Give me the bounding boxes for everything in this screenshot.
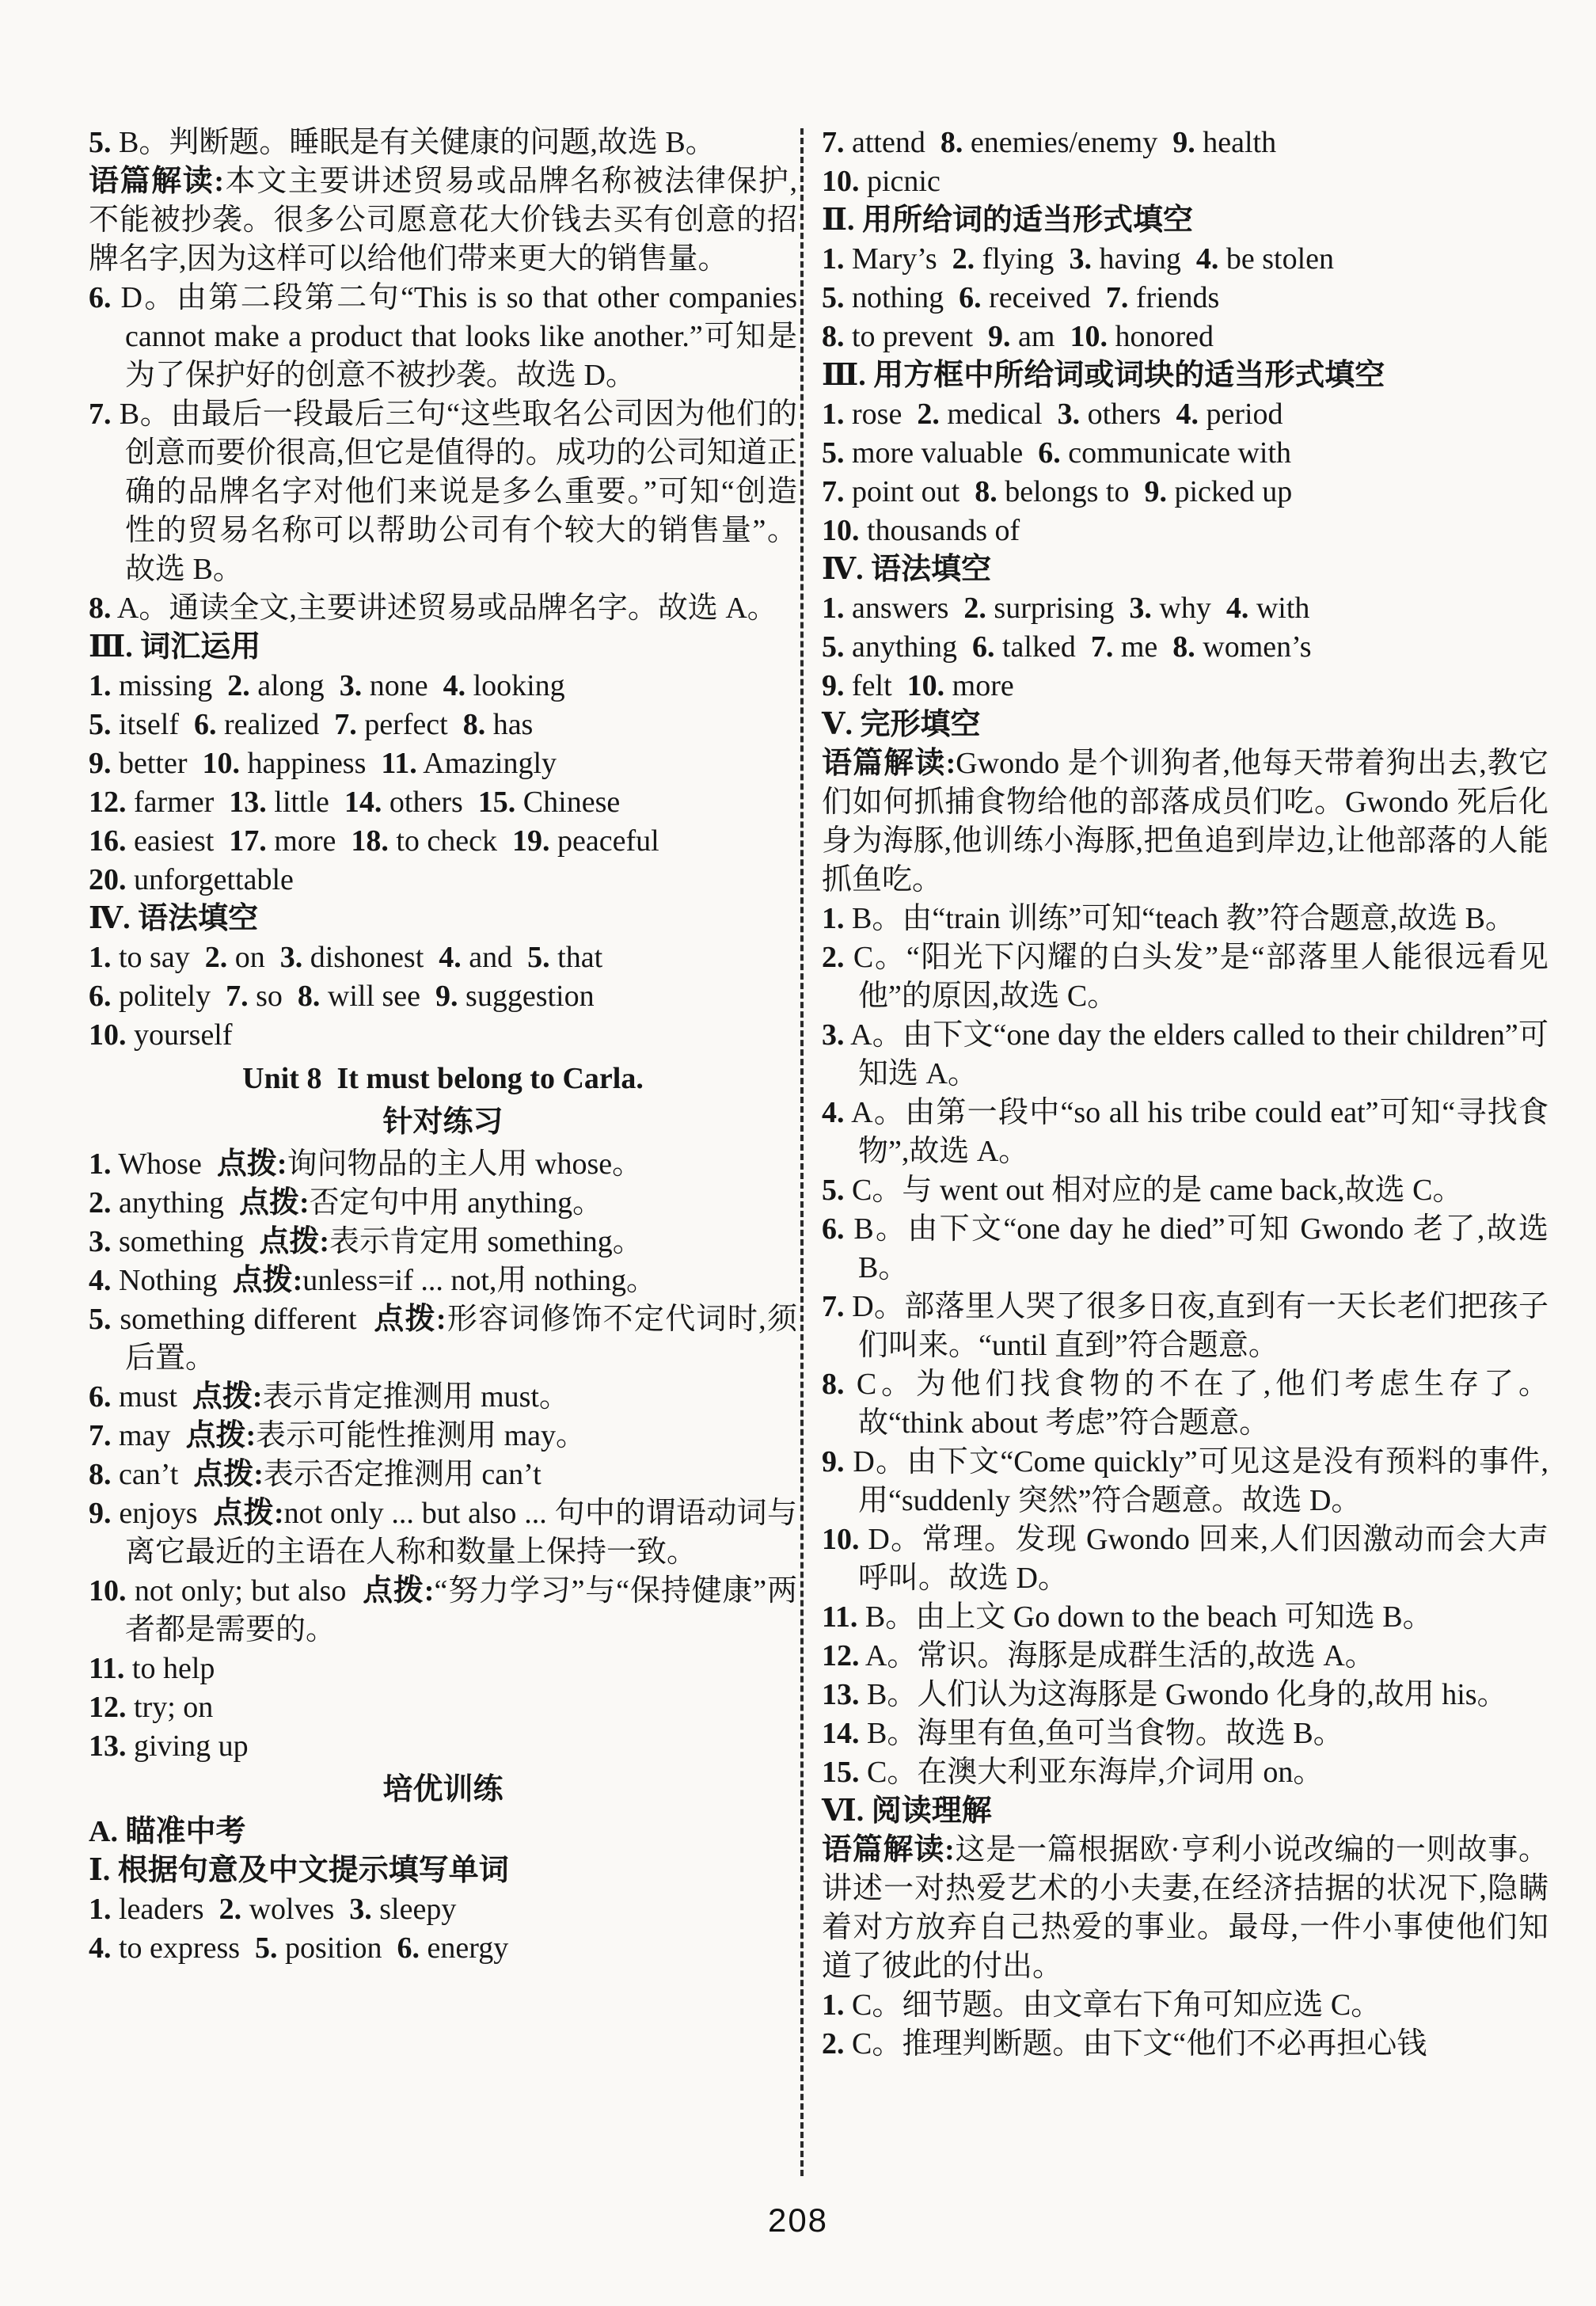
text-segment: Mary’s: [845, 242, 952, 276]
bold-text-segment: 11.: [89, 1652, 124, 1685]
text-segment: C。细节题。由文章右下角可知应选 C。: [845, 1988, 1381, 2022]
bold-text-segment: 13.: [229, 786, 267, 819]
section-heading: Ⅰ. 根据句意及中文提示填写单词: [89, 1851, 797, 1890]
text-segment: sleepy: [372, 1893, 457, 1926]
text-segment: thousands of: [860, 514, 1020, 547]
answer-item: 1. C。细节题。由文章右下角可知应选 C。: [822, 1986, 1548, 2025]
text-segment: more: [944, 669, 1014, 702]
bold-text-segment: 9.: [89, 1497, 112, 1530]
bold-text-segment: 8.: [1172, 630, 1195, 664]
text-segment: Nothing: [112, 1264, 233, 1297]
text-segment: B。由下文“one day he died”可知 Gwondo 老了,故选 B。: [845, 1212, 1549, 1284]
bold-text-segment: Ⅵ. 阅读理解: [822, 1794, 992, 1828]
answer-line: 9. better 10. happiness 11. Amazingly: [89, 744, 797, 783]
bold-text-segment: 2.: [822, 941, 845, 974]
text-segment: energy: [420, 1931, 508, 1965]
bold-text-segment: 2.: [89, 1186, 112, 1220]
text-segment: others: [1080, 398, 1176, 431]
answer-item: 6. must 点拨:表示肯定推测用 must。: [89, 1378, 797, 1417]
section-heading: Ⅱ. 用所给词的适当形式填空: [822, 201, 1548, 240]
answer-line: 5. nothing 6. received 7. friends: [822, 279, 1548, 318]
text-segment: picked up: [1167, 475, 1292, 508]
bold-text-segment: 7.: [89, 398, 112, 431]
section-heading: Ⅵ. 阅读理解: [822, 1792, 1548, 1831]
bold-text-segment: 7.: [822, 1290, 845, 1323]
text-segment: to say: [112, 941, 205, 974]
answer-item: 12. A。常识。海豚是成群生活的,故选 A。: [822, 1637, 1548, 1676]
bold-text-segment: 5.: [822, 436, 845, 470]
text-segment: honored: [1108, 320, 1214, 353]
text-segment: A。通读全文,主要讲述贸易或品牌名字。故选 A。: [112, 592, 777, 625]
text-segment: women’s: [1195, 630, 1312, 664]
text-segment: Amazingly: [417, 747, 557, 780]
bold-text-segment: 语篇解读:: [89, 165, 224, 198]
text-segment: enjoys: [112, 1497, 214, 1530]
text-segment: 表示可能性推测用 may。: [256, 1419, 586, 1452]
bold-text-segment: 8.: [89, 592, 112, 625]
bold-text-segment: 6.: [89, 1380, 112, 1414]
text-segment: C。推理判断题。由下文“他们不必再担心钱: [845, 2027, 1427, 2061]
text-segment: better: [112, 747, 203, 780]
text-segment: and: [462, 941, 527, 974]
bold-text-segment: 1.: [89, 1147, 112, 1181]
bold-text-segment: 11.: [381, 747, 416, 780]
bold-text-segment: 点拨:: [192, 1380, 263, 1414]
answer-item: 14. B。海里有鱼,鱼可当食物。故选 B。: [822, 1714, 1548, 1753]
bold-text-segment: Ⅰ. 根据句意及中文提示填写单词: [89, 1854, 509, 1887]
bold-text-segment: 2.: [219, 1893, 242, 1926]
subsection-heading: 针对练习: [89, 1103, 797, 1142]
text-segment: D。由第二段第二句“This is so that other companie…: [112, 281, 798, 392]
bold-text-segment: 点拨:: [259, 1225, 329, 1258]
text-segment: to express: [112, 1931, 256, 1965]
subsection-heading: 培优训练: [89, 1771, 797, 1809]
bold-text-segment: Ⅳ. 语法填空: [89, 902, 258, 935]
bold-text-segment: 9.: [1144, 475, 1167, 508]
bold-text-segment: 8.: [975, 475, 997, 508]
text-segment: am: [1011, 320, 1070, 353]
text-segment: B。由上文 Go down to the beach 可知选 B。: [857, 1600, 1432, 1634]
text-segment: farmer: [127, 786, 230, 819]
section-heading: Ⅲ. 词汇运用: [89, 628, 797, 667]
bold-text-segment: 4.: [443, 669, 466, 702]
text-segment: peaceful: [550, 824, 659, 858]
answer-line: 7. attend 8. enemies/enemy 9. health: [822, 124, 1548, 162]
bold-text-segment: 语篇解读:: [822, 747, 956, 780]
bold-text-segment: 6.: [194, 708, 217, 741]
answer-item: 11. B。由上文 Go down to the beach 可知选 B。: [822, 1598, 1548, 1637]
bold-text-segment: 3.: [1129, 592, 1152, 625]
bold-text-segment: 1.: [89, 1893, 112, 1926]
text-segment: nothing: [845, 281, 959, 314]
section-heading: Ⅳ. 语法填空: [822, 550, 1548, 589]
text-segment: answers: [845, 592, 964, 625]
text-segment: surprising: [986, 592, 1130, 625]
bold-text-segment: 点拨:: [185, 1419, 256, 1452]
bold-text-segment: 10.: [907, 669, 945, 702]
text-segment: easiest: [127, 824, 230, 858]
text-segment: B。由“train 训练”可知“teach 教”符合题意,故选 B。: [845, 902, 1515, 935]
bold-text-segment: 4.: [1196, 242, 1219, 276]
bold-text-segment: 5.: [255, 1931, 278, 1965]
bold-text-segment: 9.: [822, 1445, 845, 1478]
text-segment: leaders: [112, 1893, 219, 1926]
answer-item: 9. enjoys 点拨:not only ... but also ... 句…: [89, 1494, 797, 1572]
bold-text-segment: 7.: [334, 708, 357, 741]
text-segment: that: [550, 941, 602, 974]
bold-text-segment: 12.: [822, 1639, 860, 1672]
bold-text-segment: 3.: [822, 1018, 845, 1052]
bold-text-segment: 6.: [89, 980, 112, 1013]
bold-text-segment: 6.: [972, 630, 995, 664]
bold-text-segment: 10.: [203, 747, 241, 780]
text-segment: perfect: [357, 708, 463, 741]
bold-text-segment: 5.: [822, 281, 845, 314]
bold-text-segment: Ⅱ. 用所给词的适当形式填空: [822, 204, 1193, 237]
bold-text-segment: 语篇解读:: [822, 1833, 955, 1866]
bold-text-segment: 5.: [89, 1303, 112, 1336]
text-segment: friends: [1128, 281, 1219, 314]
bold-text-segment: 1.: [822, 398, 845, 431]
text-segment: 表示否定推测用 can’t: [264, 1458, 541, 1491]
unit-heading: Unit 8 It must belong to Carla.: [89, 1060, 797, 1098]
bold-text-segment: Unit 8 It must belong to Carla.: [242, 1062, 644, 1095]
bold-text-segment: 3.: [1069, 242, 1092, 276]
text-segment: 询问物品的主人用 whose。: [287, 1147, 643, 1181]
text-segment: politely: [112, 980, 226, 1013]
bold-text-segment: 8.: [940, 126, 963, 159]
bold-text-segment: 14.: [822, 1717, 860, 1750]
bold-text-segment: 4.: [822, 1096, 845, 1129]
bold-text-segment: 6.: [89, 281, 112, 314]
text-segment: medical: [940, 398, 1058, 431]
text-segment: unless=if ... not,用 nothing。: [302, 1264, 656, 1297]
bold-text-segment: 点拨:: [193, 1458, 264, 1491]
text-segment: C。为他们找食物的不在了,他们考虑生存了。故“think about 考虑”符合…: [845, 1368, 1549, 1440]
bold-text-segment: 2.: [952, 242, 975, 276]
bold-text-segment: 培优训练: [382, 1773, 503, 1806]
text-segment: period: [1199, 398, 1283, 431]
bold-text-segment: 7.: [1091, 630, 1114, 664]
text-segment: not only; but also: [127, 1574, 363, 1608]
answer-item: 13. B。人们认为这海豚是 Gwondo 化身的,故用 his。: [822, 1676, 1548, 1714]
text-segment: dishonest: [302, 941, 439, 974]
page-number: 208: [768, 2201, 828, 2239]
text-segment: others: [382, 786, 477, 819]
answer-item: 2. C。“阳光下闪耀的白头发”是“部落里人能很远看见他”的原因,故选 C。: [822, 938, 1548, 1016]
text-segment: to prevent: [845, 320, 989, 353]
bold-text-segment: 9.: [435, 980, 458, 1013]
text-segment: little: [267, 786, 344, 819]
bold-text-segment: 4.: [1176, 398, 1199, 431]
text-segment: missing: [112, 669, 228, 702]
bold-text-segment: 12.: [89, 1691, 127, 1724]
answer-item: 10. D。常理。发现 Gwondo 回来,人们因激动而会大声呼叫。故选 D。: [822, 1520, 1548, 1598]
bold-text-segment: Ⅴ. 完形填空: [822, 708, 980, 741]
bold-text-segment: 15.: [822, 1756, 860, 1789]
answer-item: 7. B。由最后一段最后三句“这些取名公司因为他们的创意而要价很高,但它是值得的…: [89, 395, 797, 589]
text-segment: so: [249, 980, 298, 1013]
answer-line: 4. to express 5. position 6. energy: [89, 1929, 797, 1968]
answer-item: 8. A。通读全文,主要讲述贸易或品牌名字。故选 A。: [89, 589, 797, 628]
bold-text-segment: 12.: [89, 786, 127, 819]
answer-item: 6. B。由下文“one day he died”可知 Gwondo 老了,故选…: [822, 1210, 1548, 1288]
bold-text-segment: 1.: [822, 242, 845, 276]
bold-text-segment: 5.: [822, 1174, 845, 1207]
answer-item: 3. something 点拨:表示肯定用 something。: [89, 1223, 797, 1261]
text-segment: something different: [112, 1303, 374, 1336]
answer-item: 2. C。推理判断题。由下文“他们不必再担心钱: [822, 2025, 1548, 2064]
answer-item: 5. B。判断题。睡眠是有关健康的问题,故选 B。: [89, 124, 797, 162]
bold-text-segment: 3.: [89, 1225, 112, 1258]
answer-line: 5. more valuable 6. communicate with: [822, 434, 1548, 473]
text-segment: be stolen: [1218, 242, 1334, 276]
text-segment: may: [112, 1419, 186, 1452]
answer-item: 5. C。与 went out 相对应的是 came back,故选 C。: [822, 1171, 1548, 1210]
text-segment: communicate with: [1061, 436, 1291, 470]
text-segment: wolves: [241, 1893, 349, 1926]
bold-text-segment: 8.: [298, 980, 321, 1013]
text-segment: C。“阳光下闪耀的白头发”是“部落里人能很远看见他”的原因,故选 C。: [845, 941, 1549, 1013]
text-segment: unforgettable: [127, 863, 294, 896]
bold-text-segment: 8.: [463, 708, 486, 741]
bold-text-segment: 4.: [439, 941, 462, 974]
answer-item: 9. D。由下文“Come quickly”可见这是没有预料的事件,用“sudd…: [822, 1443, 1548, 1520]
answer-item: 7. D。部落里人哭了很多日夜,直到有一天长老们把孩子们叫来。“until 直到…: [822, 1288, 1548, 1365]
bold-text-segment: 4.: [89, 1264, 112, 1297]
text-segment: realized: [216, 708, 334, 741]
bold-text-segment: Ⅳ. 语法填空: [822, 553, 991, 586]
answer-item: 4. A。由第一段中“so all his tribe could eat”可知…: [822, 1094, 1548, 1171]
section-heading: A. 瞄准中考: [89, 1813, 797, 1851]
bold-text-segment: 10.: [1070, 320, 1108, 353]
bold-text-segment: 3.: [340, 669, 363, 702]
section-heading: Ⅴ. 完形填空: [822, 706, 1548, 744]
answer-line: 5. anything 6. talked 7. me 8. women’s: [822, 628, 1548, 667]
text-segment: itself: [112, 708, 194, 741]
text-segment: yourself: [127, 1018, 233, 1052]
bold-text-segment: 针对练习: [382, 1105, 503, 1139]
right-column: 7. attend 8. enemies/enemy 9. health10. …: [822, 124, 1548, 2064]
text-segment: on: [227, 941, 280, 974]
text-segment: B。海里有鱼,鱼可当食物。故选 B。: [860, 1717, 1343, 1750]
text-segment: B。判断题。睡眠是有关健康的问题,故选 B。: [112, 126, 716, 159]
text-segment: picnic: [860, 165, 940, 198]
section-heading: Ⅲ. 用方框中所给词或词块的适当形式填空: [822, 356, 1548, 395]
answer-line: 1. leaders 2. wolves 3. sleepy: [89, 1890, 797, 1929]
answer-line: 6. politely 7. so 8. will see 9. suggest…: [89, 977, 797, 1016]
text-segment: can’t: [112, 1458, 194, 1491]
bold-text-segment: 1.: [822, 902, 845, 935]
bold-text-segment: 14.: [344, 786, 382, 819]
answer-item: 6. D。由第二段第二句“This is so that other compa…: [89, 279, 797, 395]
answer-item: 1. Whose 点拨:询问物品的主人用 whose。: [89, 1145, 797, 1184]
bold-text-segment: 点拨:: [363, 1574, 434, 1608]
bold-text-segment: 3.: [349, 1893, 372, 1926]
answer-line: 1. to say 2. on 3. dishonest 4. and 5. t…: [89, 938, 797, 977]
text-segment: 表示肯定用 something。: [329, 1225, 643, 1258]
bold-text-segment: 9.: [89, 747, 112, 780]
text-segment: having: [1092, 242, 1196, 276]
workbook-answer-page: 5. B。判断题。睡眠是有关健康的问题,故选 B。语篇解读:本文主要讲述贸易或品…: [0, 0, 1596, 2306]
answer-item: 5. something different 点拨:形容词修饰不定代词时,须后置…: [89, 1300, 797, 1378]
bold-text-segment: 10.: [822, 1523, 860, 1556]
bold-text-segment: 13.: [822, 1678, 860, 1711]
answer-item: 11. to help: [89, 1650, 797, 1688]
answer-line: 10. yourself: [89, 1016, 797, 1055]
left-column: 5. B。判断题。睡眠是有关健康的问题,故选 B。语篇解读:本文主要讲述贸易或品…: [89, 124, 797, 1968]
bold-text-segment: 6.: [397, 1931, 420, 1965]
text-segment: flying: [975, 242, 1069, 276]
bold-text-segment: 10.: [89, 1018, 127, 1052]
answer-line: 10. thousands of: [822, 512, 1548, 550]
bold-text-segment: 1.: [822, 1988, 845, 2022]
text-segment: 否定句中用 anything。: [310, 1186, 602, 1220]
text-segment: A。常识。海豚是成群生活的,故选 A。: [860, 1639, 1375, 1672]
bold-text-segment: 5.: [89, 708, 112, 741]
bold-text-segment: 5.: [822, 630, 845, 664]
bold-text-segment: 20.: [89, 863, 127, 896]
passage-analysis: 语篇解读:这是一篇根据欧·亨利小说改编的一则故事。讲述一对热爱艺术的小夫妻,在经…: [822, 1831, 1548, 1986]
bold-text-segment: 点拨:: [217, 1147, 287, 1181]
text-segment: me: [1113, 630, 1172, 664]
answer-line: 7. point out 8. belongs to 9. picked up: [822, 473, 1548, 512]
bold-text-segment: 3.: [1058, 398, 1081, 431]
text-segment: B。人们认为这海豚是 Gwondo 化身的,故用 his。: [860, 1678, 1507, 1711]
bold-text-segment: 2.: [917, 398, 940, 431]
answer-line: 1. missing 2. along 3. none 4. looking: [89, 667, 797, 706]
bold-text-segment: 1.: [89, 669, 112, 702]
text-segment: something: [112, 1225, 260, 1258]
text-segment: giving up: [127, 1729, 249, 1763]
text-segment: point out: [845, 475, 975, 508]
bold-text-segment: 4.: [1226, 592, 1249, 625]
text-segment: anything: [845, 630, 972, 664]
bold-text-segment: Ⅲ. 用方框中所给词或词块的适当形式填空: [822, 359, 1385, 392]
text-segment: will see: [320, 980, 435, 1013]
bold-text-segment: 15.: [478, 786, 516, 819]
bold-text-segment: 3.: [280, 941, 303, 974]
bold-text-segment: 2.: [205, 941, 228, 974]
answer-line: 1. answers 2. surprising 3. why 4. with: [822, 589, 1548, 628]
answer-line: 20. unforgettable: [89, 861, 797, 900]
bold-text-segment: 10.: [822, 514, 860, 547]
text-segment: rose: [845, 398, 918, 431]
bold-text-segment: 9.: [1172, 126, 1195, 159]
answer-item: 3. A。由下文“one day the elders called to th…: [822, 1016, 1548, 1094]
passage-analysis: 语篇解读:Gwondo 是个训狗者,他每天带着狗出去,教它们如何抓捕食物给他的部…: [822, 744, 1548, 900]
bold-text-segment: 7.: [226, 980, 249, 1013]
text-segment: enemies/enemy: [963, 126, 1172, 159]
answer-line: 1. rose 2. medical 3. others 4. period: [822, 395, 1548, 434]
bold-text-segment: 点拨:: [239, 1186, 310, 1220]
bold-text-segment: 点拨:: [374, 1303, 446, 1336]
text-segment: must: [112, 1380, 192, 1414]
answer-item: 7. may 点拨:表示可能性推测用 may。: [89, 1417, 797, 1456]
text-segment: D。常理。发现 Gwondo 回来,人们因激动而会大声呼叫。故选 D。: [858, 1523, 1548, 1595]
bold-text-segment: 2.: [963, 592, 986, 625]
bold-text-segment: 17.: [229, 824, 267, 858]
column-divider: [800, 128, 804, 2176]
text-segment: health: [1195, 126, 1276, 159]
answer-item: 1. B。由“train 训练”可知“teach 教”符合题意,故选 B。: [822, 900, 1548, 938]
answer-item: 15. C。在澳大利亚东海岸,介词用 on。: [822, 1753, 1548, 1792]
text-segment: received: [982, 281, 1106, 314]
bold-text-segment: 5.: [89, 126, 112, 159]
text-segment: C。与 went out 相对应的是 came back,故选 C。: [845, 1174, 1463, 1207]
text-segment: along: [250, 669, 340, 702]
bold-text-segment: 10.: [89, 1574, 127, 1608]
text-segment: D。由下文“Come quickly”可见这是没有预料的事件,用“suddenl…: [845, 1445, 1549, 1517]
bold-text-segment: Ⅲ. 词汇运用: [89, 630, 260, 664]
answer-line: 8. to prevent 9. am 10. honored: [822, 318, 1548, 356]
answer-line: 1. Mary’s 2. flying 3. having 4. be stol…: [822, 240, 1548, 279]
bold-text-segment: 1.: [822, 592, 845, 625]
bold-text-segment: 7.: [822, 126, 845, 159]
text-segment: to check: [389, 824, 512, 858]
text-segment: talked: [994, 630, 1090, 664]
bold-text-segment: 6.: [1038, 436, 1061, 470]
bold-text-segment: 2.: [227, 669, 250, 702]
text-segment: looking: [465, 669, 565, 702]
answer-item: 2. anything 点拨:否定句中用 anything。: [89, 1184, 797, 1223]
text-segment: with: [1248, 592, 1309, 625]
text-segment: Whose: [112, 1147, 217, 1181]
text-segment: has: [485, 708, 533, 741]
bold-text-segment: 点拨:: [233, 1264, 303, 1297]
bold-text-segment: 6.: [959, 281, 982, 314]
text-segment: none: [362, 669, 443, 702]
bold-text-segment: 18.: [351, 824, 389, 858]
text-segment: D。部落里人哭了很多日夜,直到有一天长老们把孩子们叫来。“until 直到”符合…: [845, 1290, 1549, 1362]
bold-text-segment: 8.: [822, 1368, 845, 1401]
text-segment: felt: [845, 669, 907, 702]
text-segment: attend: [845, 126, 940, 159]
bold-text-segment: 7.: [1106, 281, 1129, 314]
text-segment: suggestion: [458, 980, 595, 1013]
bold-text-segment: 8.: [89, 1458, 112, 1491]
text-segment: happiness: [240, 747, 381, 780]
bold-text-segment: 5.: [527, 941, 550, 974]
bold-text-segment: 8.: [822, 320, 845, 353]
bold-text-segment: 2.: [822, 2027, 845, 2061]
text-segment: why: [1152, 592, 1226, 625]
text-segment: more: [267, 824, 351, 858]
bold-text-segment: 9.: [822, 669, 845, 702]
text-segment: try; on: [127, 1691, 214, 1724]
bold-text-segment: 9.: [988, 320, 1011, 353]
text-segment: belongs to: [997, 475, 1145, 508]
text-segment: to help: [124, 1652, 215, 1685]
text-segment: 表示肯定推测用 must。: [263, 1380, 569, 1414]
bold-text-segment: 16.: [89, 824, 127, 858]
bold-text-segment: 1.: [89, 941, 112, 974]
text-segment: more valuable: [845, 436, 1039, 470]
text-segment: Chinese: [515, 786, 620, 819]
bold-text-segment: 13.: [89, 1729, 127, 1763]
answer-item: 8. can’t 点拨:表示否定推测用 can’t: [89, 1456, 797, 1494]
answer-line: 12. farmer 13. little 14. others 15. Chi…: [89, 783, 797, 822]
bold-text-segment: 4.: [89, 1931, 112, 1965]
answer-line: 5. itself 6. realized 7. perfect 8. has: [89, 706, 797, 744]
answer-item: 4. Nothing 点拨:unless=if ... not,用 nothin…: [89, 1261, 797, 1300]
answer-item: 8. C。为他们找食物的不在了,他们考虑生存了。故“think about 考虑…: [822, 1365, 1548, 1443]
answer-line: 16. easiest 17. more 18. to check 19. pe…: [89, 822, 797, 861]
text-segment: position: [278, 1931, 397, 1965]
passage-analysis: 语篇解读:本文主要讲述贸易或品牌名称被法律保护,不能被抄袭。很多公司愿意花大价钱…: [89, 162, 797, 279]
answer-item: 10. not only; but also 点拨:“努力学习”与“保持健康”两…: [89, 1572, 797, 1650]
bold-text-segment: 点拨:: [213, 1497, 283, 1530]
